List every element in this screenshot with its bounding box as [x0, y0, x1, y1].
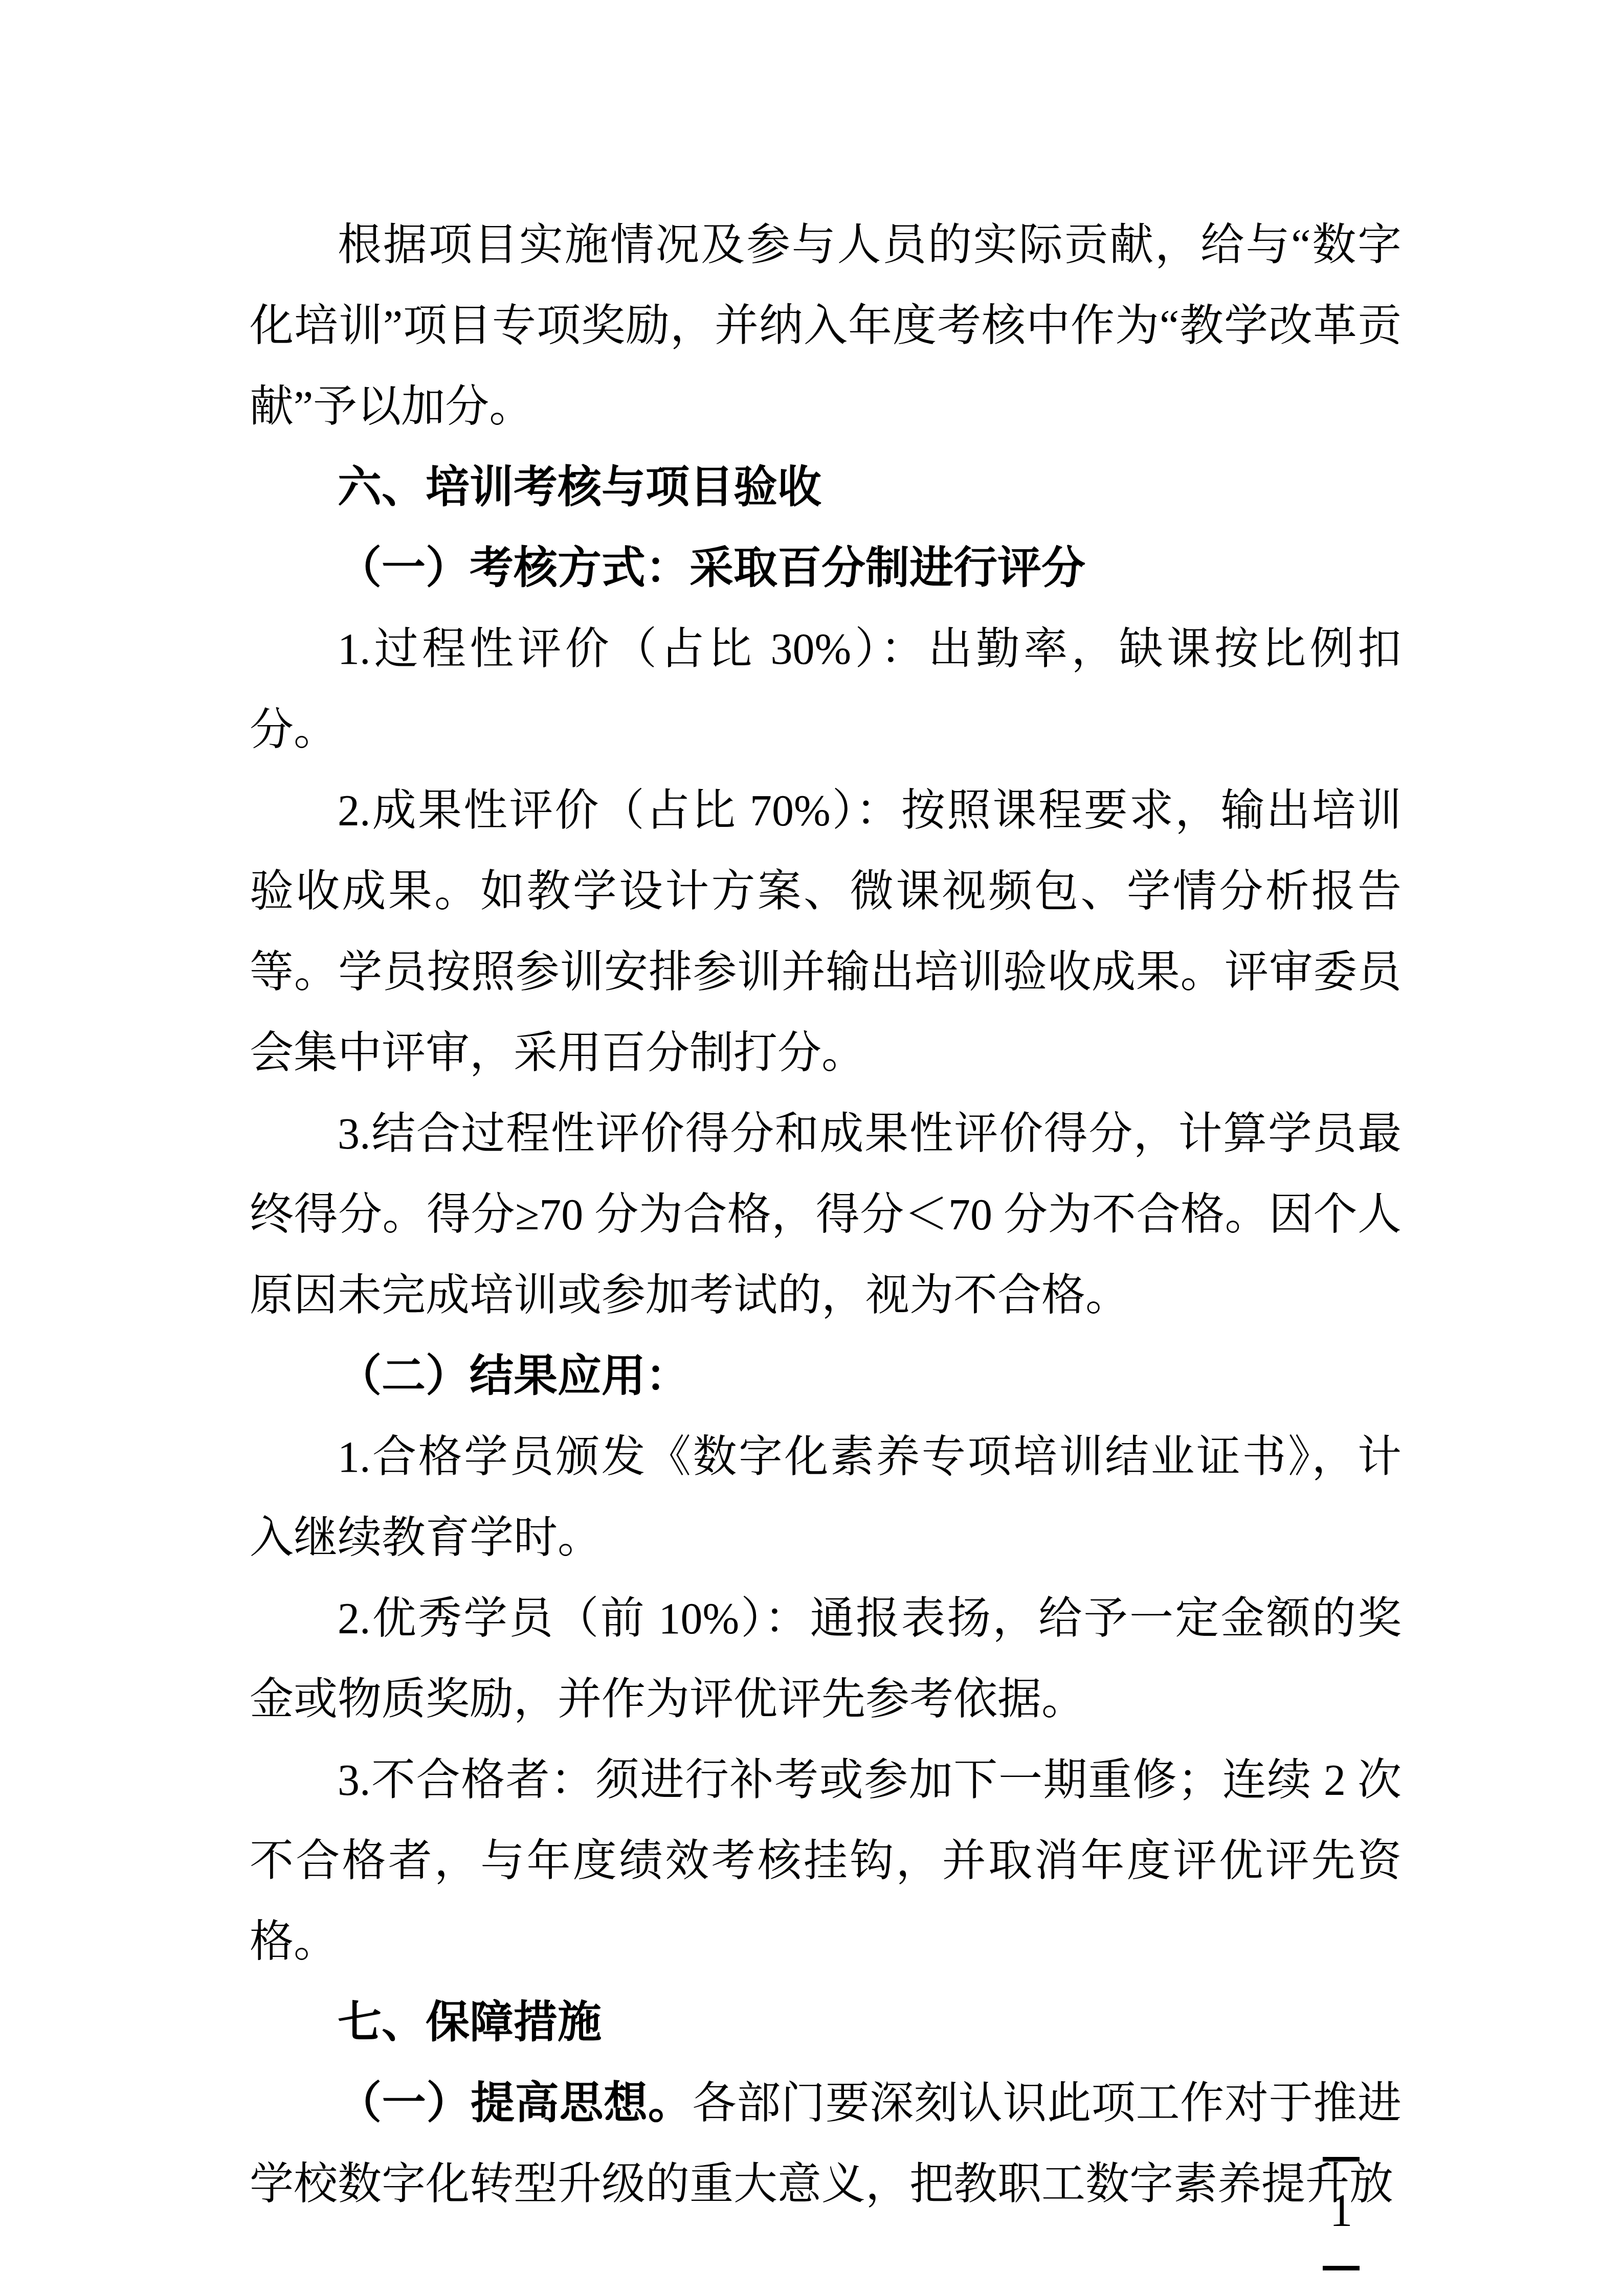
- page-number-rule-top: [1323, 2157, 1360, 2162]
- paragraph: 2.成果性评价（占比 70%）：按照课程要求，输出培训验收成果。如教学设计方案、…: [250, 770, 1401, 1093]
- text-run: 2.成果性评价（占比 70%）：按照课程要求，输出培训验收成果。如教学设计方案、…: [250, 786, 1401, 1077]
- page-number-block: 1: [1305, 2157, 1377, 2270]
- document-body: 根据项目实施情况及参与人员的实际贡献，给与“数字化培训”项目专项奖励，并纳入年度…: [250, 205, 1401, 2224]
- sub-heading: （二）结果应用：: [250, 1336, 1401, 1416]
- text-run: （二）结果应用：: [338, 1352, 689, 1401]
- text-run: 根据项目实施情况及参与人员的实际贡献，给与“数字化培训”项目专项奖励，并纳入年度…: [250, 220, 1401, 431]
- paragraph: 1.合格学员颁发《数字化素养专项培训结业证书》，计入继续教育学时。: [250, 1416, 1401, 1578]
- section-heading: 六、培训考核与项目验收: [250, 447, 1401, 528]
- text-run: （一）考核方式：采取百分制进行评分: [338, 544, 1085, 593]
- text-run: （一）提高思想。: [338, 2079, 693, 2128]
- paragraph: 根据项目实施情况及参与人员的实际贡献，给与“数字化培训”项目专项奖励，并纳入年度…: [250, 205, 1401, 447]
- text-run: 1.过程性评价（占比 30%）：出勤率，缺课按比例扣分。: [250, 624, 1401, 754]
- paragraph: 1.过程性评价（占比 30%）：出勤率，缺课按比例扣分。: [250, 609, 1401, 770]
- paragraph: 2.优秀学员（前 10%）：通报表扬，给予一定金额的奖金或物质奖励，并作为评优评…: [250, 1578, 1401, 1740]
- section-heading: 七、保障措施: [250, 1982, 1401, 2063]
- text-run: 七、保障措施: [338, 1998, 602, 2047]
- paragraph: 3.结合过程性评价得分和成果性评价得分，计算学员最终得分。得分≥70 分为合格，…: [250, 1093, 1401, 1336]
- page-number-rule-bottom: [1323, 2266, 1360, 2270]
- text-run: 3.不合格者：须进行补考或参加下一期重修；连续 2 次不合格者，与年度绩效考核挂…: [250, 1755, 1401, 1966]
- paragraph: （一）提高思想。各部门要深刻认识此项工作对于推进学校数字化转型升级的重大意义，把…: [250, 2063, 1401, 2224]
- text-run: 3.结合过程性评价得分和成果性评价得分，计算学员最终得分。得分≥70 分为合格，…: [250, 1109, 1401, 1320]
- document-page: 根据项目实施情况及参与人员的实际贡献，给与“数字化培训”项目专项奖励，并纳入年度…: [0, 0, 1624, 2296]
- text-run: 2.优秀学员（前 10%）：通报表扬，给予一定金额的奖金或物质奖励，并作为评优评…: [250, 1594, 1401, 1724]
- text-run: 六、培训考核与项目验收: [338, 463, 821, 512]
- text-run: 1.合格学员颁发《数字化素养专项培训结业证书》，计入继续教育学时。: [250, 1432, 1401, 1562]
- paragraph: 3.不合格者：须进行补考或参加下一期重修；连续 2 次不合格者，与年度绩效考核挂…: [250, 1740, 1401, 1982]
- sub-heading: （一）考核方式：采取百分制进行评分: [250, 528, 1401, 609]
- page-number: 1: [1330, 2188, 1353, 2234]
